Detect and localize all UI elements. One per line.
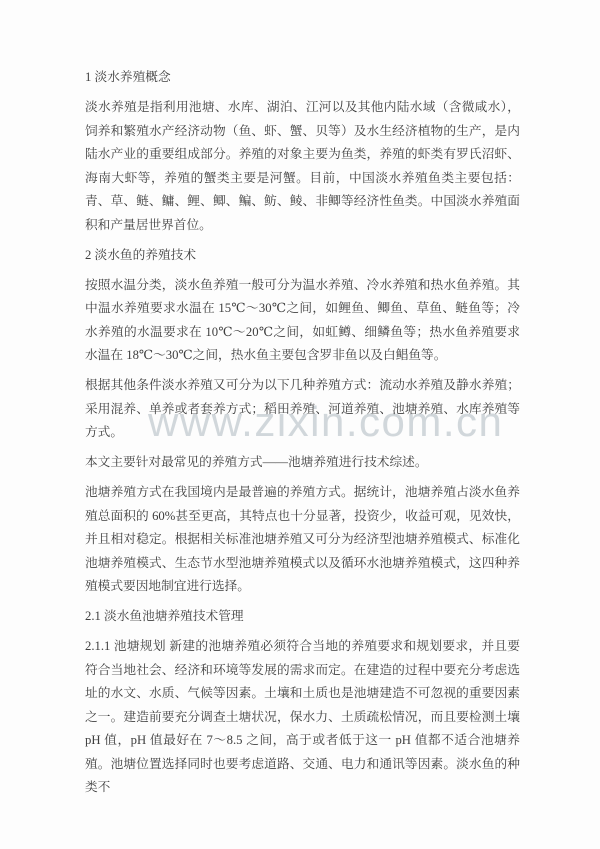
document-content: 1 淡水养殖概念 淡水养殖是指利用池塘、水库、湖泊、江河以及其他内陆水域（含微咸… [85,66,520,806]
paragraph-pond-planning: 2.1.1 池塘规划 新建的池塘养殖必须符合当地的养殖要求和规划要求，并且要符合… [85,635,520,800]
paragraph-pond-culture-overview: 池塘养殖方式在我国境内是最普遍的养殖方式。据统计，池塘养殖占淡水鱼养殖总面积的 … [85,481,520,599]
section-heading-pond-culture-management: 2.1 淡水鱼池塘养殖技术管理 [85,605,520,629]
paragraph-water-temperature-classification: 按照水温分类，淡水鱼养殖一般可分为温水养殖、冷水养殖和热水鱼养殖。其中温水养殖要… [85,274,520,368]
section-heading-freshwater-aquaculture-concept: 1 淡水养殖概念 [85,66,520,90]
paragraph-other-classification-methods: 根据其他条件淡水养殖又可分为以下几种养殖方式：流动水养殖及静水养殖；采用混养、单… [85,374,520,445]
paragraph-freshwater-aquaculture-definition: 淡水养殖是指利用池塘、水库、湖泊、江河以及其他内陆水域（含微咸水），饲养和繁殖水… [85,96,520,237]
paragraph-article-focus: 本文主要针对最常见的养殖方式——池塘养殖进行技术综述。 [85,451,520,475]
document-page: www.zixin.com.cn 1 淡水养殖概念 淡水养殖是指利用池塘、水库、… [0,0,600,849]
section-heading-freshwater-fish-techniques: 2 淡水鱼的养殖技术 [85,244,520,268]
